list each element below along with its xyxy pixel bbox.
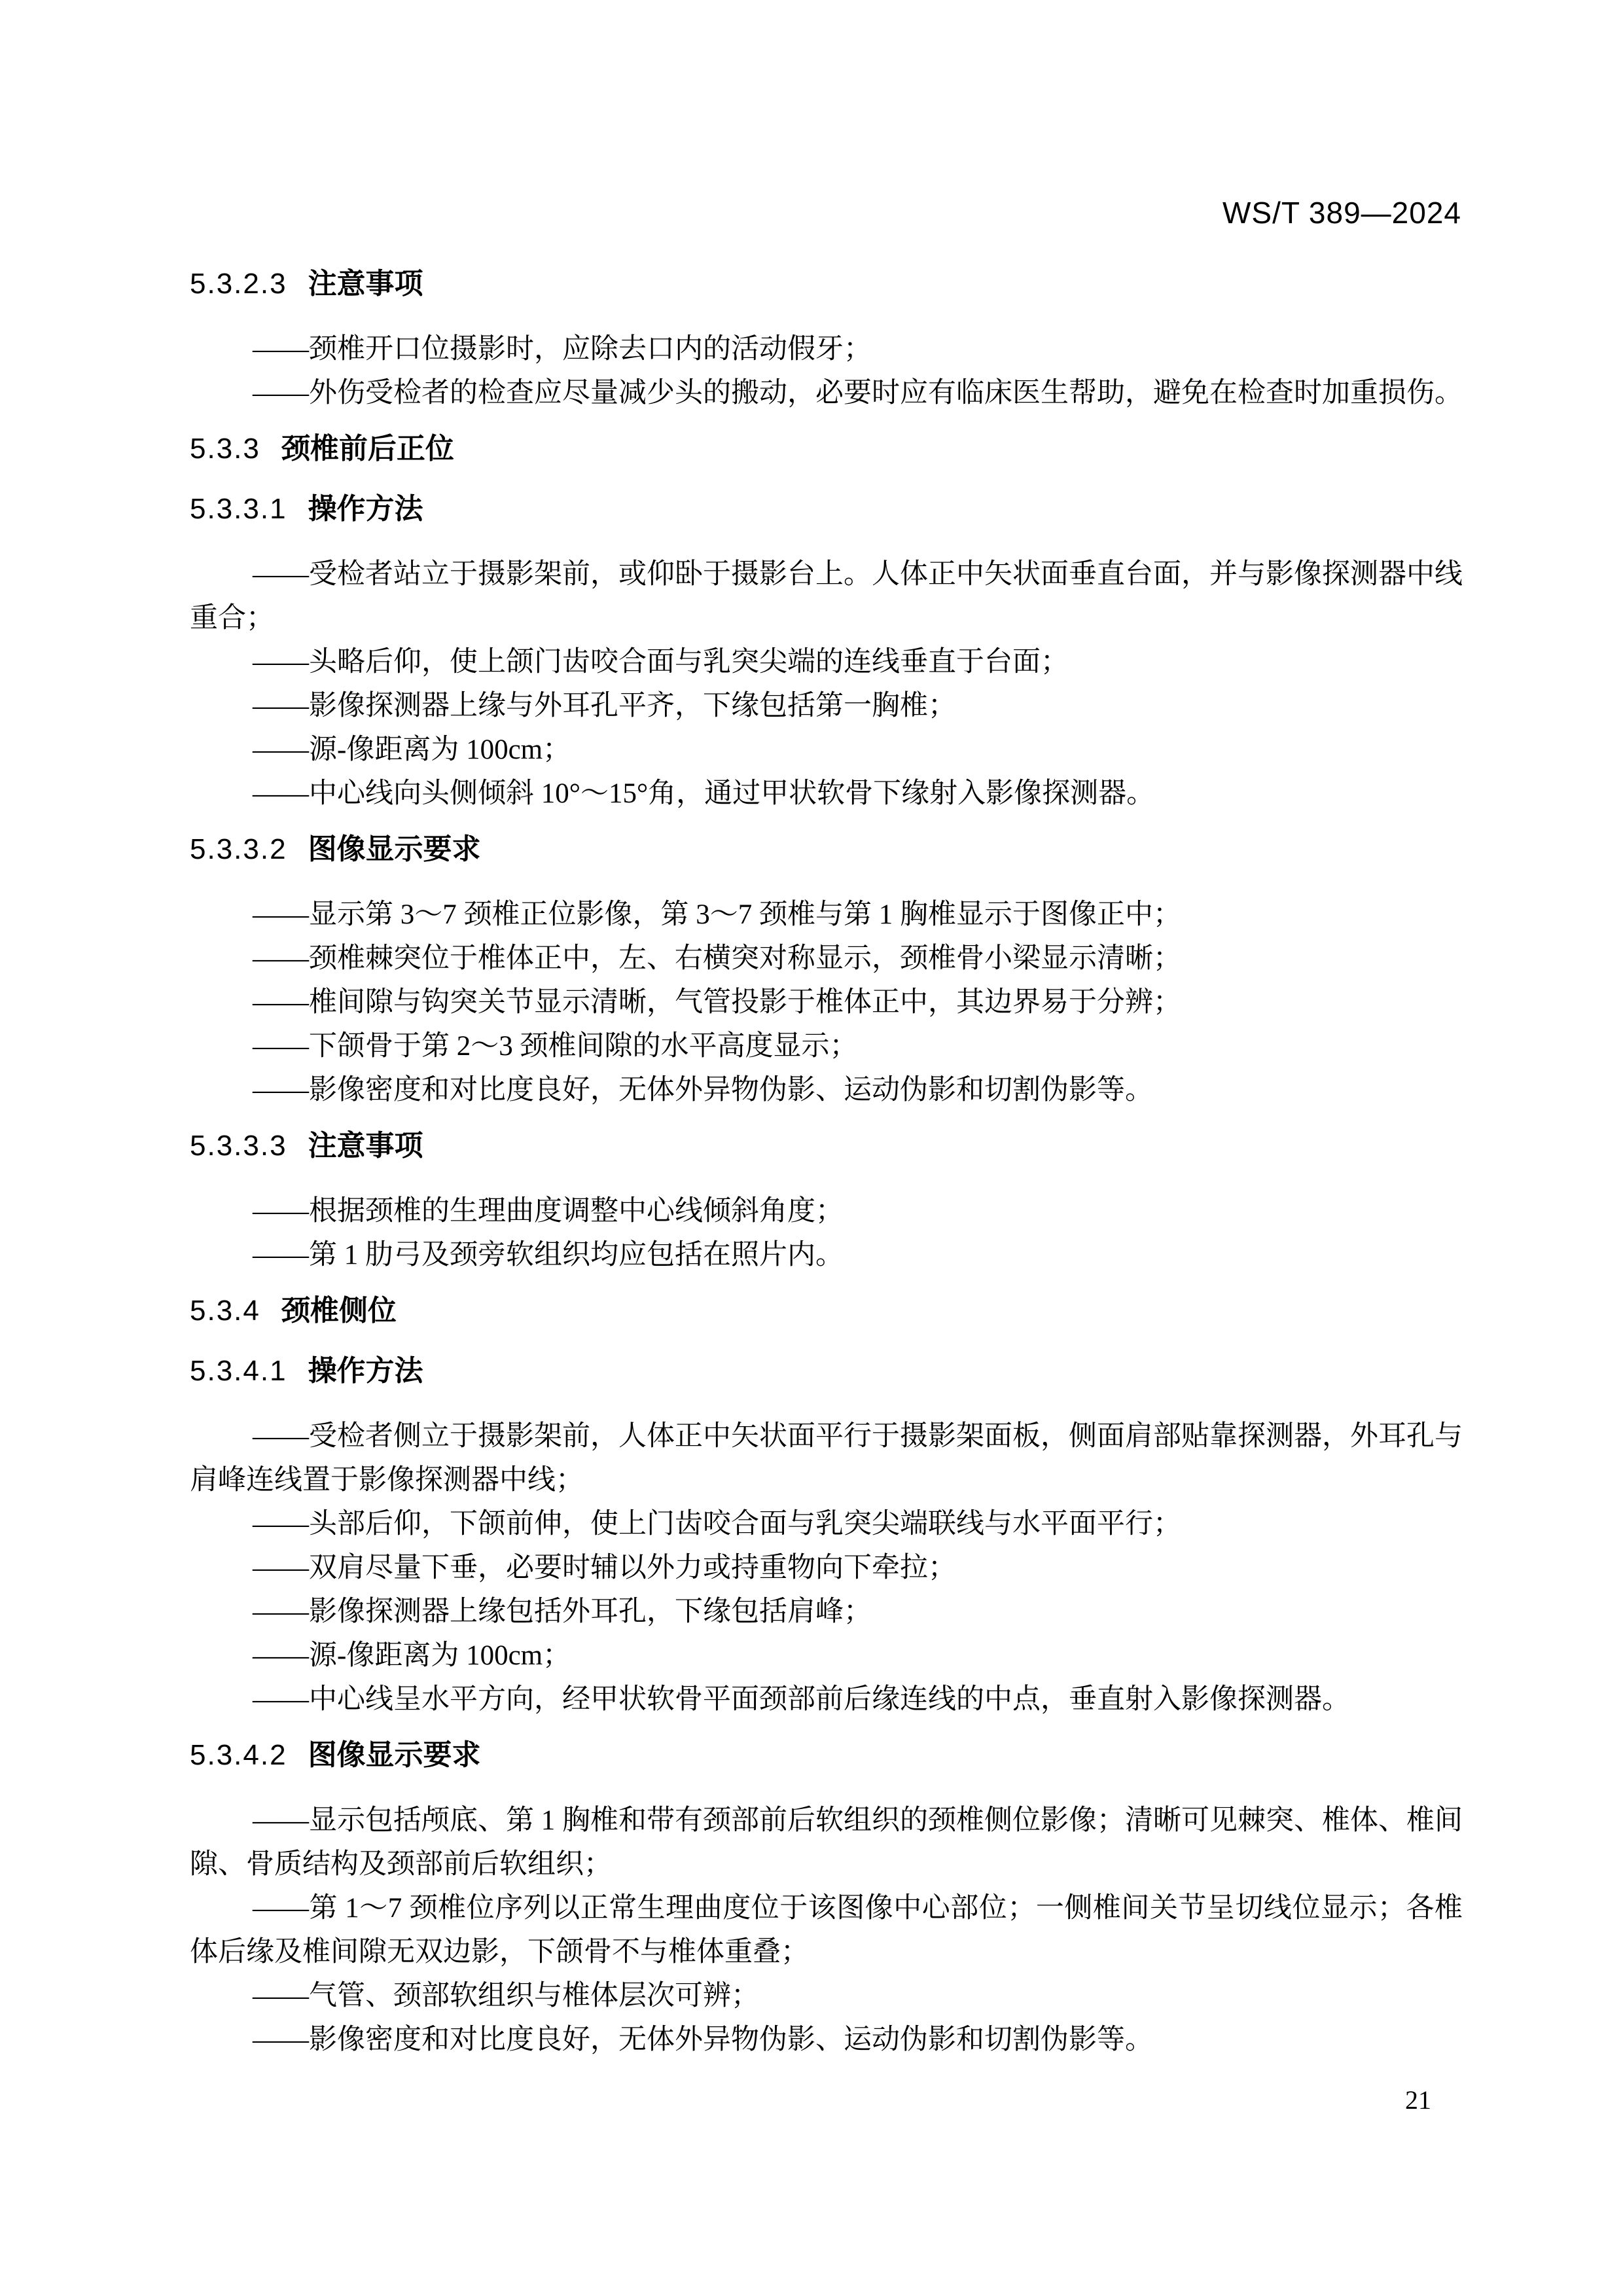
section-title: 图像显示要求: [308, 1739, 481, 1771]
list-item: ——影像密度和对比度良好，无体外异物伪影、运动伪影和切割伪影等。: [190, 2018, 1463, 2062]
list-item: ——影像探测器上缘与外耳孔平齐，下缘包括第一胸椎；: [190, 684, 1463, 728]
list-item: ——中心线向头侧倾斜 10°～15°角，通过甲状软骨下缘射入影像探测器。: [190, 772, 1463, 816]
list-item: ——显示包括颅底、第 1 胸椎和带有颈部前后软组织的颈椎侧位影像；清晰可见棘突、…: [190, 1799, 1463, 1886]
document-body: 5.3.2.3注意事项 ——颈椎开口位摄影时，应除去口内的活动假牙； ——外伤受…: [190, 267, 1463, 2062]
section-heading: 5.3.4.1操作方法: [190, 1354, 1463, 1388]
section-heading: 5.3.4.2图像显示要求: [190, 1738, 1463, 1772]
page-number: 21: [1405, 2085, 1431, 2115]
section-heading: 5.3.3颈椎前后正位: [190, 432, 1463, 466]
section-number: 5.3.3.3: [190, 1130, 287, 1162]
section-number: 5.3.3.2: [190, 833, 287, 865]
document-page: WS/T 389—2024 5.3.2.3注意事项 ——颈椎开口位摄影时，应除去…: [0, 0, 1623, 2296]
list-item: ——受检者侧立于摄影架前，人体正中矢状面平行于摄影架面板，侧面肩部贴靠探测器，外…: [190, 1414, 1463, 1502]
section-5-3-4-1: 5.3.4.1操作方法 ——受检者侧立于摄影架前，人体正中矢状面平行于摄影架面板…: [190, 1354, 1463, 1721]
section-heading: 5.3.4颈椎侧位: [190, 1294, 1463, 1328]
list-item: ——椎间隙与钩突关节显示清晰，气管投影于椎体正中，其边界易于分辨；: [190, 980, 1463, 1024]
section-5-3-4: 5.3.4颈椎侧位: [190, 1294, 1463, 1328]
list-item: ——受检者站立于摄影架前，或仰卧于摄影台上。人体正中矢状面垂直台面，并与影像探测…: [190, 552, 1463, 640]
list-item: ——头略后仰，使上颌门齿咬合面与乳突尖端的连线垂直于台面；: [190, 640, 1463, 684]
section-number: 5.3.2.3: [190, 268, 287, 300]
section-title: 操作方法: [308, 493, 423, 525]
list-item: ——颈椎棘突位于椎体正中，左、右横突对称显示，颈椎骨小梁显示清晰；: [190, 937, 1463, 980]
list-item: ——显示第 3～7 颈椎正位影像，第 3～7 颈椎与第 1 胸椎显示于图像正中；: [190, 893, 1463, 937]
list-item: ——第 1～7 颈椎位序列以正常生理曲度位于该图像中心部位；一侧椎间关节呈切线位…: [190, 1886, 1463, 1974]
section-title: 图像显示要求: [308, 833, 481, 865]
section-title: 颈椎前后正位: [281, 433, 454, 465]
list-item: ——外伤受检者的检查应尽量减少头的搬动，必要时应有临床医生帮助，避免在检查时加重…: [190, 371, 1463, 415]
list-item: ——中心线呈水平方向，经甲状软骨平面颈部前后缘连线的中点，垂直射入影像探测器。: [190, 1677, 1463, 1721]
section-5-3-3-2: 5.3.3.2图像显示要求 ——显示第 3～7 颈椎正位影像，第 3～7 颈椎与…: [190, 833, 1463, 1112]
list-item: ——第 1 肋弓及颈旁软组织均应包括在照片内。: [190, 1233, 1463, 1277]
section-number: 5.3.4: [190, 1295, 260, 1327]
section-heading: 5.3.3.3注意事项: [190, 1129, 1463, 1163]
list-item: ——颈椎开口位摄影时，应除去口内的活动假牙；: [190, 327, 1463, 371]
section-title: 操作方法: [308, 1355, 423, 1387]
list-item: ——双肩尽量下垂，必要时辅以外力或持重物向下牵拉；: [190, 1546, 1463, 1590]
list-item: ——头部后仰，下颌前伸，使上门齿咬合面与乳突尖端联线与水平面平行；: [190, 1502, 1463, 1546]
section-5-3-3-1: 5.3.3.1操作方法 ——受检者站立于摄影架前，或仰卧于摄影台上。人体正中矢状…: [190, 492, 1463, 816]
section-title: 颈椎侧位: [281, 1295, 397, 1327]
section-number: 5.3.4.2: [190, 1739, 287, 1771]
section-number: 5.3.4.1: [190, 1355, 287, 1387]
section-heading: 5.3.3.1操作方法: [190, 492, 1463, 526]
document-number-header: WS/T 389—2024: [1222, 195, 1461, 230]
section-5-3-4-2: 5.3.4.2图像显示要求 ——显示包括颅底、第 1 胸椎和带有颈部前后软组织的…: [190, 1738, 1463, 2062]
section-5-3-3: 5.3.3颈椎前后正位: [190, 432, 1463, 466]
section-heading: 5.3.3.2图像显示要求: [190, 833, 1463, 867]
section-title: 注意事项: [308, 268, 423, 300]
list-item: ——影像探测器上缘包括外耳孔，下缘包括肩峰；: [190, 1590, 1463, 1634]
section-5-3-2-3: 5.3.2.3注意事项 ——颈椎开口位摄影时，应除去口内的活动假牙； ——外伤受…: [190, 267, 1463, 415]
section-heading: 5.3.2.3注意事项: [190, 267, 1463, 301]
section-title: 注意事项: [308, 1130, 423, 1162]
list-item: ——源-像距离为 100cm；: [190, 728, 1463, 772]
list-item: ——下颌骨于第 2～3 颈椎间隙的水平高度显示；: [190, 1024, 1463, 1068]
section-number: 5.3.3: [190, 433, 260, 465]
list-item: ——源-像距离为 100cm；: [190, 1634, 1463, 1677]
list-item: ——根据颈椎的生理曲度调整中心线倾斜角度；: [190, 1189, 1463, 1233]
section-5-3-3-3: 5.3.3.3注意事项 ——根据颈椎的生理曲度调整中心线倾斜角度； ——第 1 …: [190, 1129, 1463, 1277]
list-item: ——气管、颈部软组织与椎体层次可辨；: [190, 1974, 1463, 2018]
list-item: ——影像密度和对比度良好，无体外异物伪影、运动伪影和切割伪影等。: [190, 1068, 1463, 1112]
section-number: 5.3.3.1: [190, 493, 287, 525]
